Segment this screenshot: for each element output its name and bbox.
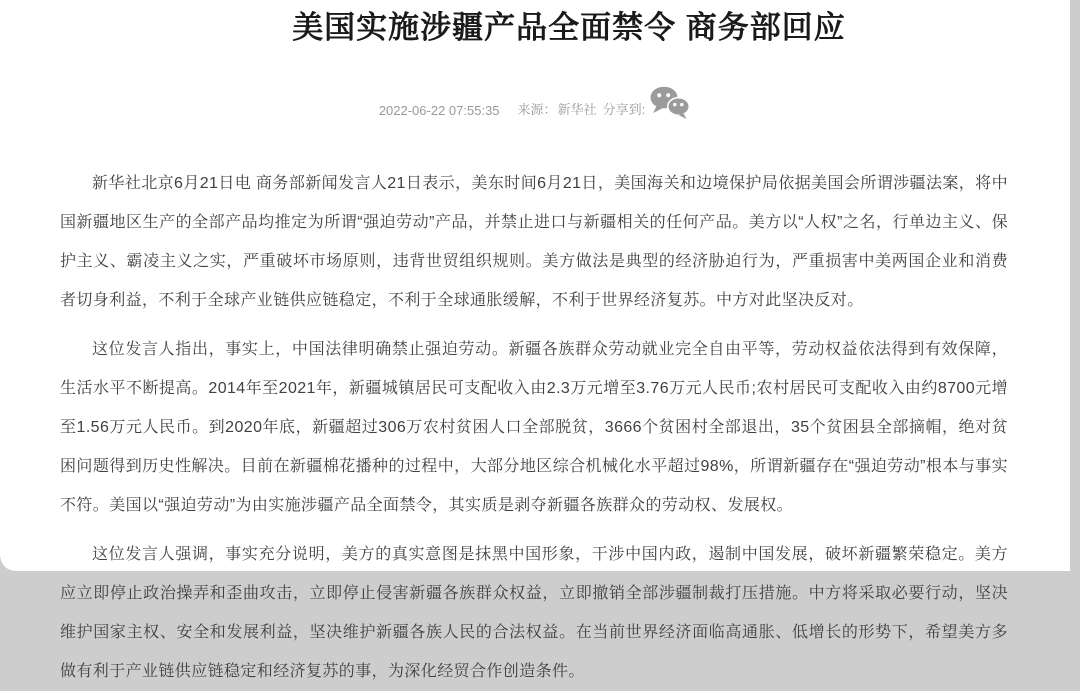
page-title: 美国实施涉疆产品全面禁令 商务部回应 xyxy=(34,0,1080,46)
wechat-share-icon[interactable] xyxy=(649,86,691,120)
source-label: 来源： xyxy=(518,99,557,118)
article-body: 新华社北京6月21日电 商务部新闻发言人21日表示，美东时间6月21日，美国海关… xyxy=(0,164,1070,571)
publish-datetime: 2022-06-22 07:55:35 xyxy=(379,103,500,118)
source-name: 新华社 xyxy=(558,99,597,118)
article-page: 美国实施涉疆产品全面禁令 商务部回应 2022-06-22 07:55:35 来… xyxy=(0,0,1070,571)
article-meta-bar: 2022-06-22 07:55:35 来源： 新华社 分享到: xyxy=(0,84,1070,118)
share-to-label: 分享到: xyxy=(603,99,646,118)
article-paragraph-2: 这位发言人指出，事实上，中国法律明确禁止强迫劳动。新疆各族群众劳动就业完全自由平… xyxy=(60,330,1008,525)
article-paragraph-3: 这位发言人强调，事实充分说明，美方的真实意图是抹黑中国形象，干涉中国内政，遏制中… xyxy=(60,535,1008,571)
article-paragraph-1: 新华社北京6月21日电 商务部新闻发言人21日表示，美东时间6月21日，美国海关… xyxy=(60,164,1008,320)
